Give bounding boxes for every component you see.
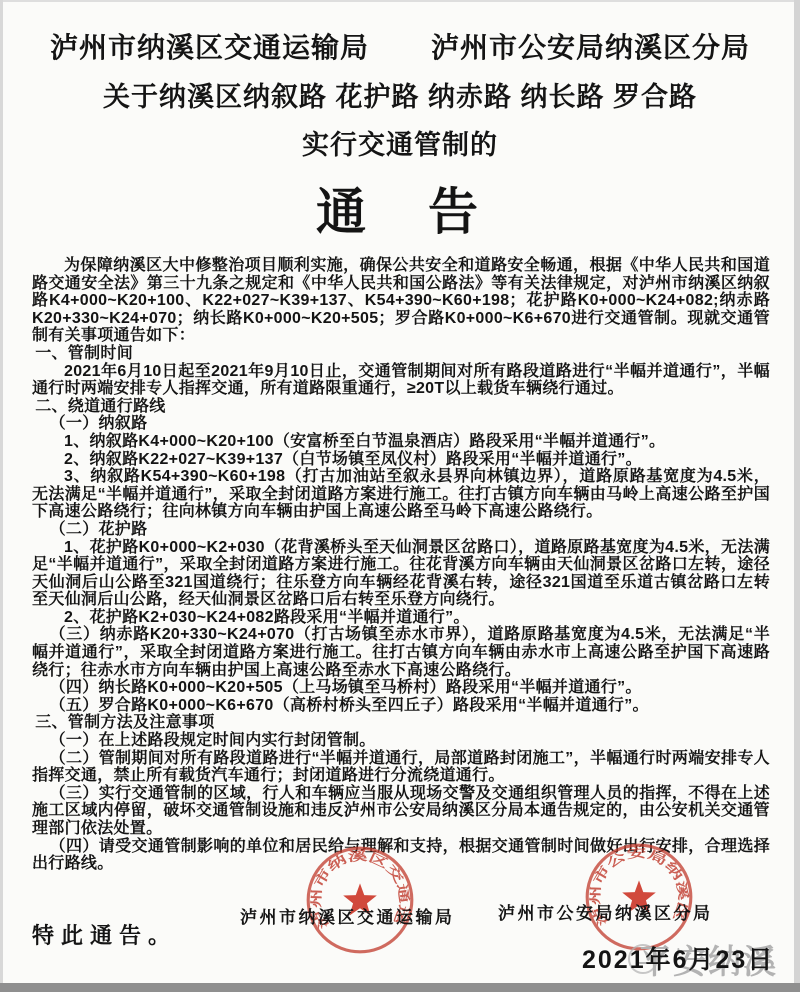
org-name-left: 泸州市纳溪区交通运输局 xyxy=(50,26,369,66)
notice-paragraph: 3、纳叙路K54+390~K60+198（打古加油站至叙永县界向林镇边界），道路… xyxy=(32,468,770,521)
notice-paragraph: （五）罗合路K0+000~K6+670（高桥村桥头至四丘子）路段采用“半幅并道通… xyxy=(32,697,770,715)
notice-paragraph: 1、纳叙路K4+000~K20+100（安富桥至白节温泉酒店）路段采用“半幅并道… xyxy=(32,433,770,451)
notice-paragraph: （一）在上述路段规定时间内实行封闭管制。 xyxy=(32,732,770,750)
scan-edge-left xyxy=(0,0,3,992)
subsection-heading: （二）花护路 xyxy=(32,521,770,539)
notice-paragraph: （二）管制期间对所有路段道路进行“半幅并道通行，局部道路封闭施工”，半幅通行时两… xyxy=(32,750,770,785)
section-heading-2: 二、绕道通行路线 xyxy=(32,398,770,416)
official-seal-transport-bureau: 泸州市纳溪区交通运输局 xyxy=(303,843,417,957)
notice-paragraph: （三）纳赤路K20+330~K24+070（打古场镇至赤水市界），道路原路基宽度… xyxy=(32,626,770,679)
intro-paragraph: 为保障纳溪区大中修整治项目顺利实施，确保公共安全和道路安全畅通，根据《中华人民共… xyxy=(32,257,770,345)
notice-paragraph: （四）纳长路K0+000~K20+505（上马场镇至马桥村）路段采用“半幅并道通… xyxy=(32,679,770,697)
notice-paragraph: 2、纳叙路K22+027~K39+137（白节场镇至凤仪村）路段采用“半幅并道通… xyxy=(32,451,770,469)
scan-edge-right xyxy=(794,0,800,992)
subject-line-roads: 关于纳溪区纳叙路 花护路 纳赤路 纳长路 罗合路 xyxy=(0,75,800,114)
scan-edge-top xyxy=(0,0,800,2)
notice-paragraph: （三）实行交通管制的区域，行人和车辆应当服从现场交警及交通组织管理人员的指挥，不… xyxy=(32,785,770,838)
notice-paragraph: 2021年6月10日起至2021年9月10日止，交通管制期间对所有路段道路进行“… xyxy=(32,363,770,398)
issuing-orgs-row: 泸州市纳溪区交通运输局 泸州市公安局纳溪区分局 xyxy=(0,26,800,66)
subject-line-action: 实行交通管制的 xyxy=(0,123,800,162)
signature-transport-bureau: 泸州市纳溪区交通运输局 xyxy=(240,903,455,928)
signature-police-branch: 泸州市公安局纳溪区分局 xyxy=(498,899,713,924)
notice-paragraph: 2、花护路K2+030~K24+082路段采用“半幅并道通行”。 xyxy=(32,609,770,627)
subsection-heading: （一）纳叙路 xyxy=(32,415,770,433)
notice-page: 泸州市纳溪区交通运输局 泸州市公安局纳溪区分局 关于纳溪区纳叙路 花护路 纳赤路… xyxy=(0,0,800,992)
issue-date: 2021年6月23日 xyxy=(582,940,774,976)
notice-body: 为保障纳溪区大中修整治项目顺利实施，确保公共安全和道路安全畅通，根据《中华人民共… xyxy=(0,257,800,873)
scan-edge-bottom xyxy=(0,983,800,992)
notice-title: 通 告 xyxy=(0,172,800,244)
section-heading-3: 三、管制方法及注意事项 xyxy=(32,714,770,732)
notice-paragraph: 1、花护路K0+000~K2+030（花背溪桥头至天仙洞景区岔路口），道路原路基… xyxy=(32,539,770,609)
section-heading-1: 一、管制时间 xyxy=(32,345,770,363)
org-name-right: 泸州市公安局纳溪区分局 xyxy=(431,26,750,66)
